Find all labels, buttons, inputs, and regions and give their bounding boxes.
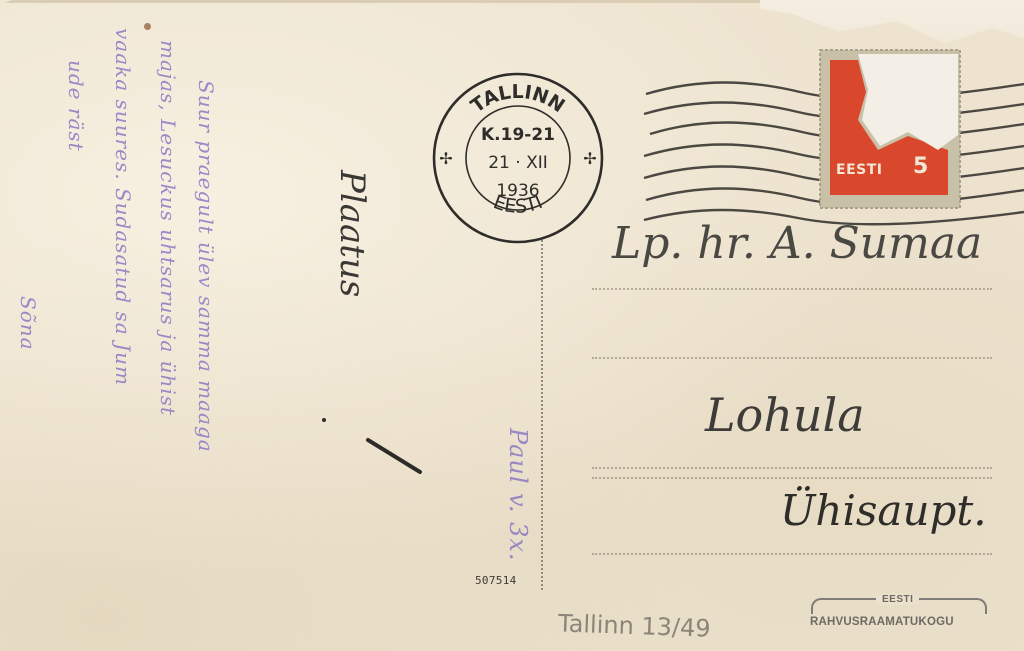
stain-spot [144, 23, 151, 30]
address-line-2 [592, 357, 992, 359]
purple-note: Paul v. 3x. [504, 428, 532, 562]
stamp-country: EESTI [836, 162, 882, 178]
pencil-note: Tallinn 13/49 [558, 609, 712, 642]
message-line-2: majas, Lesuckus uhtsarus ja ühist [156, 40, 180, 416]
postmark-year: 1936 [496, 181, 539, 201]
address-line-3b [592, 477, 992, 479]
address-line-1 [592, 288, 992, 290]
postmark: TALLINN EESTI K.19-21 21 · XII 1936 ✢ ✢ [430, 72, 606, 244]
library-stamp-name: RAHVUSRAAMATUKOGU [810, 616, 954, 628]
cross-ornament-right: ✢ [583, 149, 596, 168]
address-line-3 [592, 467, 992, 469]
address-line-4 [592, 553, 992, 555]
library-stamp: EESTI RAHVUSRAAMATUKOGU [808, 592, 988, 640]
postmark-date: 21 · XII [488, 153, 548, 173]
library-stamp-top: EESTI [876, 594, 919, 605]
message-line-3: vaaka suures. Sudasatud sa Jum [111, 28, 135, 386]
postmark-city: TALLINN [467, 81, 569, 117]
message-line-1: Suur praegult ülev samma maaga [194, 80, 218, 453]
postage-stamp: EESTI 5 [818, 40, 964, 210]
ink-dash-mark [316, 410, 436, 490]
postcard-back: Suur praegult ülev samma maaga majas, Le… [0, 0, 1024, 651]
message-line-4: ude räst [64, 60, 88, 152]
address-place: Lohula [705, 388, 865, 442]
card-divider [541, 240, 543, 590]
cross-ornament-left: ✢ [439, 149, 452, 168]
ink-signature: Plaatus [332, 170, 372, 297]
message-signoff: Sõna [16, 296, 40, 351]
svg-text:TALLINN: TALLINN [467, 81, 569, 117]
postmark-time: K.19-21 [481, 125, 555, 145]
stamp-value: 5 [913, 154, 928, 179]
serial-number: 507514 [475, 574, 517, 587]
address-detail: Ühisaupt. [780, 486, 987, 535]
